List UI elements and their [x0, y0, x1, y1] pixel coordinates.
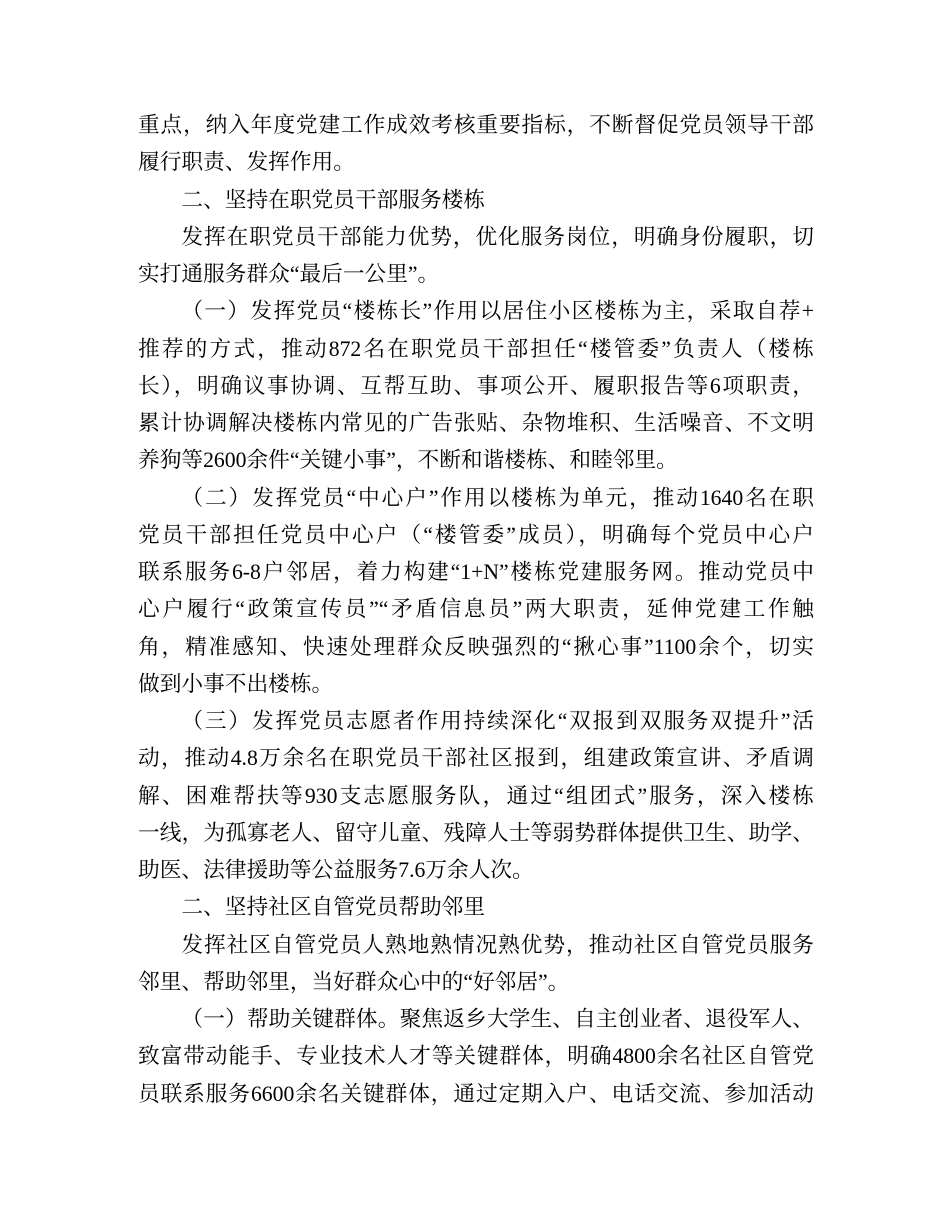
text-line: 解、困难帮扶等930支志愿服务队，通过“组团式”服务，深入楼栋: [138, 778, 814, 815]
text-line: 致富带动能手、专业技术人才等关键群体，明确4800余名社区自管党: [138, 1038, 814, 1075]
body-paragraph: 发挥社区自管党员人熟地熟情况熟优势，推动社区自管党员服务邻里、帮助邻里，当好群众…: [138, 927, 814, 1002]
text-line: 角，精准感知、快速处理群众反映强烈的“揪心事”1100余个，切实: [138, 629, 814, 666]
text-line: （二）发挥党员“中心户”作用以楼栋为单元，推动1640名在职: [138, 480, 814, 517]
text-line: 联系服务6-8户邻居，着力构建“1+N”楼栋党建服务网。推动党员中: [138, 554, 814, 591]
body-paragraph: （一）发挥党员“楼栋长”作用以居住小区楼栋为主，采取自荐+推荐的方式，推动872…: [138, 293, 814, 479]
text-line: 助医、法律援助等公益服务7.6万余人次。: [138, 852, 814, 889]
body-paragraph: （三）发挥党员志愿者作用持续深化“双报到双服务双提升”活动，推动4.8万余名在职…: [138, 703, 814, 889]
text-line: （一）帮助关键群体。聚焦返乡大学生、自主创业者、退役军人、: [138, 1001, 814, 1038]
heading-paragraph: 二、坚持在职党员干部服务楼栋: [138, 182, 814, 219]
heading-line: 二、坚持社区自管党员帮助邻里: [138, 889, 814, 926]
text-line: 党员干部担任党员中心户（“楼管委”成员），明确每个党员中心户: [138, 517, 814, 554]
text-line: 累计协调解决楼栋内常见的广告张贴、杂物堆积、生活噪音、不文明: [138, 405, 814, 442]
text-line: 心户履行“政策宣传员”“矛盾信息员”两大职责，延伸党建工作触: [138, 591, 814, 628]
body-paragraph: 发挥在职党员干部能力优势，优化服务岗位，明确身份履职，切实打通服务群众“最后一公…: [138, 219, 814, 294]
text-line: 重点，纳入年度党建工作成效考核重要指标，不断督促党员领导干部: [138, 107, 814, 144]
text-line: 一线，为孤寡老人、留守儿童、残障人士等弱势群体提供卫生、助学、: [138, 815, 814, 852]
text-line: 推荐的方式，推动872名在职党员干部担任“楼管委”负责人（楼栋: [138, 331, 814, 368]
text-line: 动，推动4.8万余名在职党员干部社区报到，组建政策宣讲、矛盾调: [138, 740, 814, 777]
text-line: 履行职责、发挥作用。: [138, 144, 814, 181]
body-paragraph: （二）发挥党员“中心户”作用以楼栋为单元，推动1640名在职党员干部担任党员中心…: [138, 480, 814, 704]
text-line: 实打通服务群众“最后一公里”。: [138, 256, 814, 293]
document-body: 重点，纳入年度党建工作成效考核重要指标，不断督促党员领导干部履行职责、发挥作用。…: [138, 107, 814, 1113]
text-line: 发挥在职党员干部能力优势，优化服务岗位，明确身份履职，切: [138, 219, 814, 256]
text-line: 养狗等2600余件“关键小事”，不断和谐楼栋、和睦邻里。: [138, 442, 814, 479]
document-page: 重点，纳入年度党建工作成效考核重要指标，不断督促党员领导干部履行职责、发挥作用。…: [0, 0, 950, 1230]
body-paragraph: （一）帮助关键群体。聚焦返乡大学生、自主创业者、退役军人、致富带动能手、专业技术…: [138, 1001, 814, 1113]
text-line: 长），明确议事协调、互帮互助、事项公开、履职报告等6项职责，: [138, 368, 814, 405]
text-line: 邻里、帮助邻里，当好群众心中的“好邻居”。: [138, 964, 814, 1001]
text-line: （三）发挥党员志愿者作用持续深化“双报到双服务双提升”活: [138, 703, 814, 740]
body-paragraph: 重点，纳入年度党建工作成效考核重要指标，不断督促党员领导干部履行职责、发挥作用。: [138, 107, 814, 182]
heading-paragraph: 二、坚持社区自管党员帮助邻里: [138, 889, 814, 926]
text-line: 员联系服务6600余名关键群体，通过定期入户、电话交流、参加活动: [138, 1076, 814, 1113]
text-line: 做到小事不出楼栋。: [138, 666, 814, 703]
text-line: （一）发挥党员“楼栋长”作用以居住小区楼栋为主，采取自荐+: [138, 293, 814, 330]
text-line: 发挥社区自管党员人熟地熟情况熟优势，推动社区自管党员服务: [138, 927, 814, 964]
heading-line: 二、坚持在职党员干部服务楼栋: [138, 182, 814, 219]
